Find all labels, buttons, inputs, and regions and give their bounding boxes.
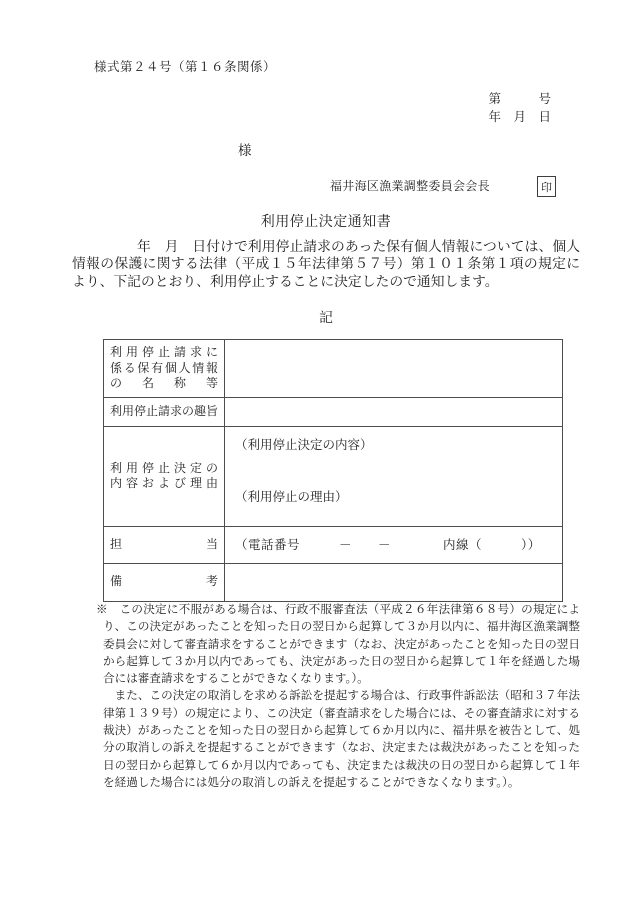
table-row: 備考	[104, 563, 563, 601]
row-label-request-purport: 利用停止請求の趣旨	[104, 397, 225, 426]
page-title: 利用停止決定通知書	[72, 211, 580, 231]
form-number: 様式第２４号（第１６条関係）	[94, 57, 276, 75]
issuer-name: 福井海区漁業調整委員会会長	[330, 177, 490, 194]
label-line: 内容および理由	[110, 476, 218, 492]
addressee-label: 様	[238, 139, 252, 159]
document-number: 第 号	[488, 90, 551, 108]
note-paragraph-lawsuit: また、この決定の取消しを求める訴訟を提起する場合は、行政事件訴訟法（昭和３７年法…	[96, 687, 580, 791]
seal-stamp: 印	[537, 176, 556, 197]
decision-content-caption: （利用停止決定の内容）	[235, 427, 562, 452]
cell-request-purport-value	[225, 397, 563, 426]
document-number-block: 第 号 年 月 日	[488, 90, 551, 126]
form-table-wrap: 利用停止請求に 係る保有個人情報 の名称等 利用停止請求の趣旨	[103, 339, 563, 602]
note-paragraph-appeal: ※ この決定に不服がある場合は、行政不服審査法（平成２６年法律第６８号）の規定に…	[96, 601, 580, 687]
label-line: 利用停止請求の趣旨	[110, 404, 218, 420]
document-page: 様式第２４号（第１６条関係） 第 号 年 月 日 様 福井海区漁業調整委員会会長…	[0, 0, 630, 903]
row-label-held-info-name: 利用停止請求に 係る保有個人情報 の名称等	[104, 340, 225, 398]
date-line: 年 月 日	[488, 108, 551, 126]
ki-heading: 記	[72, 306, 580, 326]
label-line: の名称等	[110, 376, 218, 392]
table-row: 利用停止決定の 内容および理由 （利用停止決定の内容） （利用停止の理由）	[104, 426, 563, 526]
seal-character: 印	[541, 179, 552, 195]
row-label-remarks: 備考	[104, 563, 225, 601]
cell-held-info-name-value	[225, 340, 563, 398]
row-label-contact: 担当	[104, 526, 225, 563]
form-table: 利用停止請求に 係る保有個人情報 の名称等 利用停止請求の趣旨	[103, 339, 563, 602]
body-paragraph: 年 月 日付けで利用停止請求のあった保有個人情報については、個人情報の保護に関す…	[72, 239, 580, 291]
decision-reason-caption: （利用停止の理由）	[235, 490, 562, 504]
label-line: 備考	[110, 574, 218, 590]
label-line: 利用停止請求に	[110, 345, 218, 361]
cell-remarks-value	[225, 563, 563, 601]
row-label-decision-content-reason: 利用停止決定の 内容および理由	[104, 426, 225, 526]
table-row: 担当 （電話番号 － － 内線（ ））	[104, 526, 563, 563]
table-row: 利用停止請求に 係る保有個人情報 の名称等	[104, 340, 563, 398]
cell-decision-content-reason: （利用停止決定の内容） （利用停止の理由）	[225, 426, 563, 526]
label-line: 担当	[110, 537, 218, 553]
phone-number-line: （電話番号 － － 内線（ ））	[225, 527, 562, 552]
table-row: 利用停止請求の趣旨	[104, 397, 563, 426]
label-line: 係る保有個人情報	[110, 361, 218, 377]
note-section: ※ この決定に不服がある場合は、行政不服審査法（平成２６年法律第６８号）の規定に…	[96, 601, 580, 791]
label-line: 利用停止決定の	[110, 461, 218, 477]
cell-contact: （電話番号 － － 内線（ ））	[225, 526, 563, 563]
